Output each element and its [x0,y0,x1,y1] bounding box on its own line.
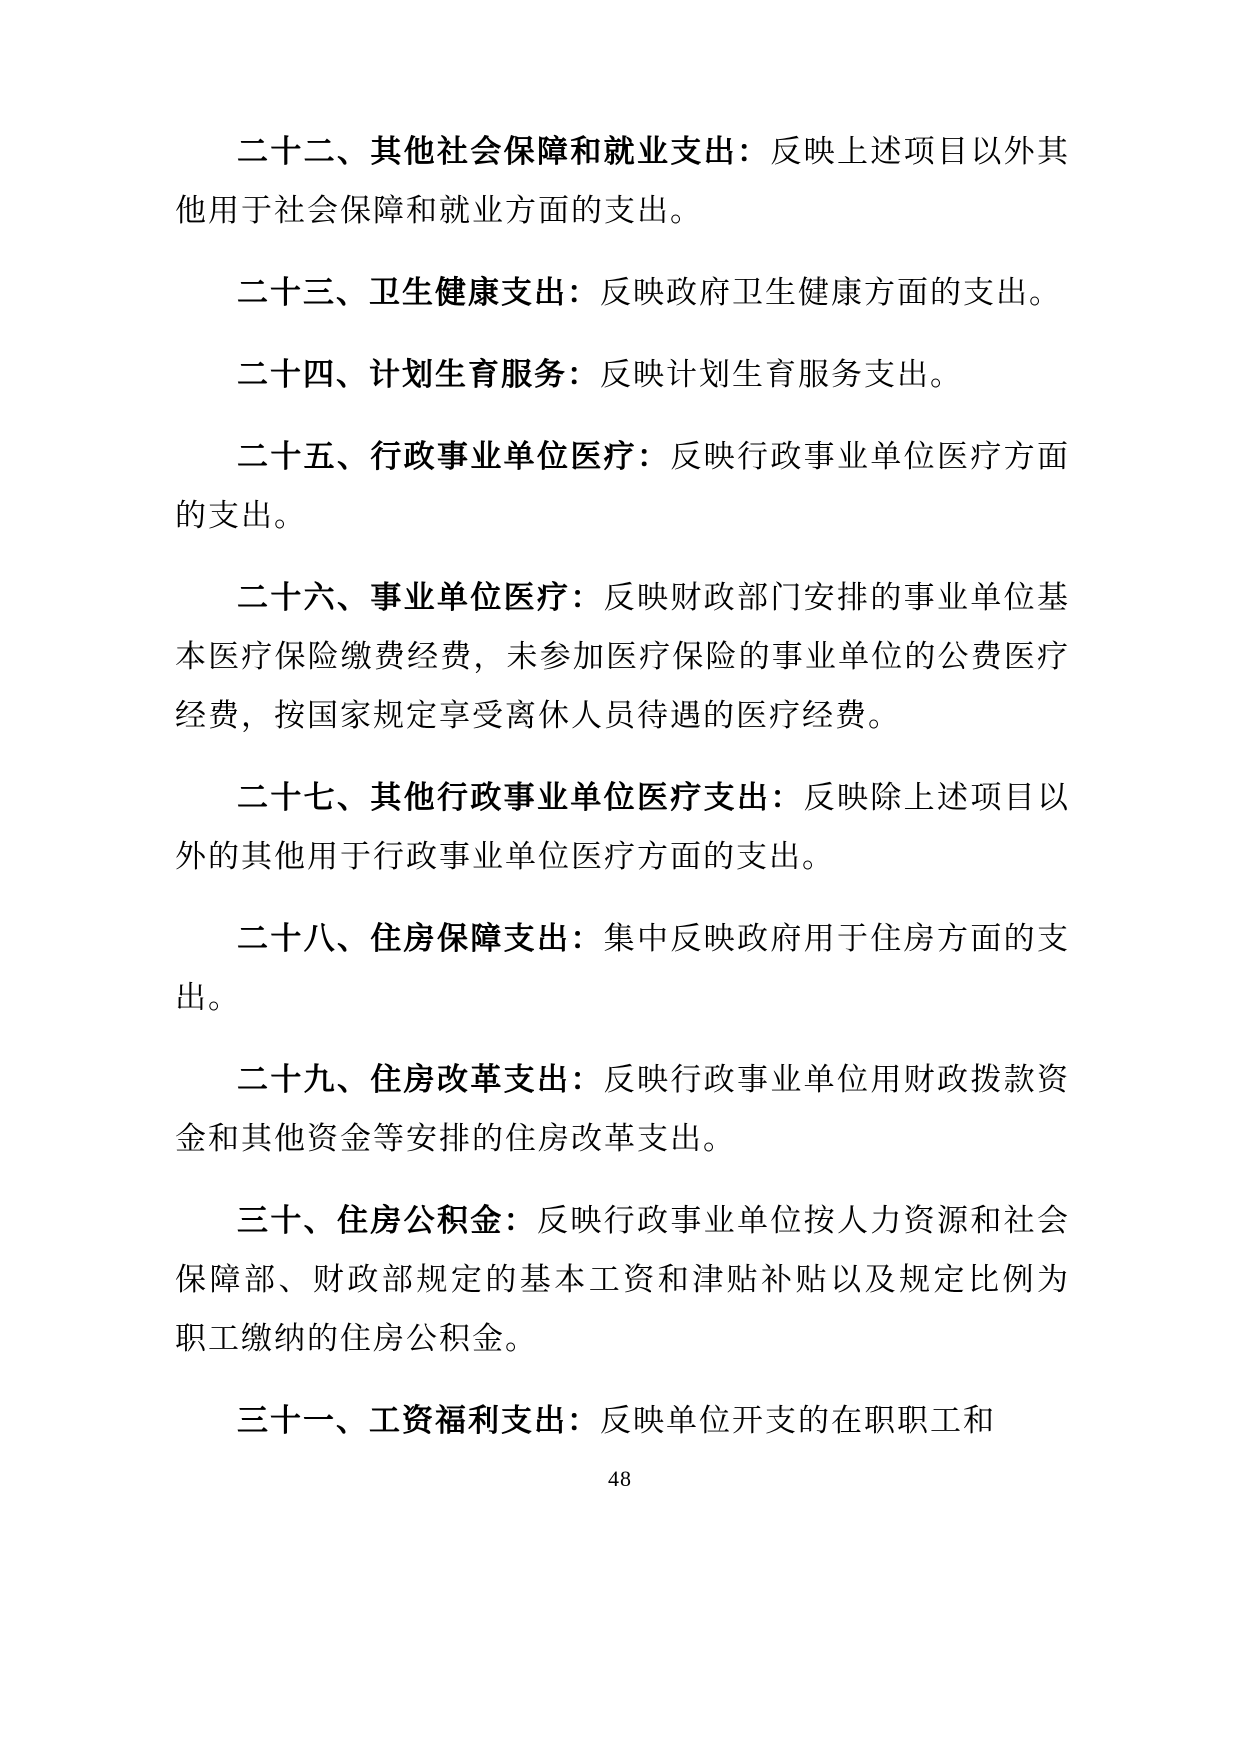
paragraph-heading: 二十七、其他行政事业单位医疗支出： [237,780,804,815]
paragraph-item-23: 二十三、卫生健康支出：反映政府卫生健康方面的支出。 [175,263,1070,322]
paragraph-body: 反映计划生育服务支出。 [600,357,963,392]
paragraph-item-27: 二十七、其他行政事业单位医疗支出：反映除上述项目以外的其他用于行政事业单位医疗方… [175,768,1070,886]
paragraph-body: 反映单位开支的在职职工和 [600,1403,996,1438]
paragraph-item-26: 二十六、事业单位医疗：反映财政部门安排的事业单位基本医疗保险缴费经费，未参加医疗… [175,568,1070,745]
paragraph-heading: 二十八、住房保障支出： [237,921,604,956]
document-content: 二十二、其他社会保障和就业支出：反映上述项目以外其他用于社会保障和就业方面的支出… [175,122,1070,1473]
paragraph-heading: 二十四、计划生育服务： [237,357,600,392]
paragraph-heading: 二十三、卫生健康支出： [237,275,600,310]
paragraph-heading: 二十六、事业单位医疗： [237,580,604,615]
paragraph-heading: 二十二、其他社会保障和就业支出： [237,134,770,169]
paragraph-item-22: 二十二、其他社会保障和就业支出：反映上述项目以外其他用于社会保障和就业方面的支出… [175,122,1070,240]
paragraph-body: 反映政府卫生健康方面的支出。 [600,275,1062,310]
paragraph-item-24: 二十四、计划生育服务：反映计划生育服务支出。 [175,345,1070,404]
paragraph-heading: 二十五、行政事业单位医疗： [237,439,670,474]
paragraph-heading: 三十一、工资福利支出： [237,1403,600,1438]
paragraph-item-30: 三十、住房公积金：反映行政事业单位按人力资源和社会保障部、财政部规定的基本工资和… [175,1191,1070,1368]
page-number: 48 [0,1466,1240,1492]
paragraph-heading: 二十九、住房改革支出： [237,1062,604,1097]
paragraph-item-25: 二十五、行政事业单位医疗：反映行政事业单位医疗方面的支出。 [175,427,1070,545]
paragraph-heading: 三十、住房公积金： [237,1203,537,1238]
paragraph-item-29: 二十九、住房改革支出：反映行政事业单位用财政拨款资金和其他资金等安排的住房改革支… [175,1050,1070,1168]
document-page: 二十二、其他社会保障和就业支出：反映上述项目以外其他用于社会保障和就业方面的支出… [0,0,1240,1754]
paragraph-item-31: 三十一、工资福利支出：反映单位开支的在职职工和 [175,1391,1070,1450]
paragraph-item-28: 二十八、住房保障支出：集中反映政府用于住房方面的支出。 [175,909,1070,1027]
